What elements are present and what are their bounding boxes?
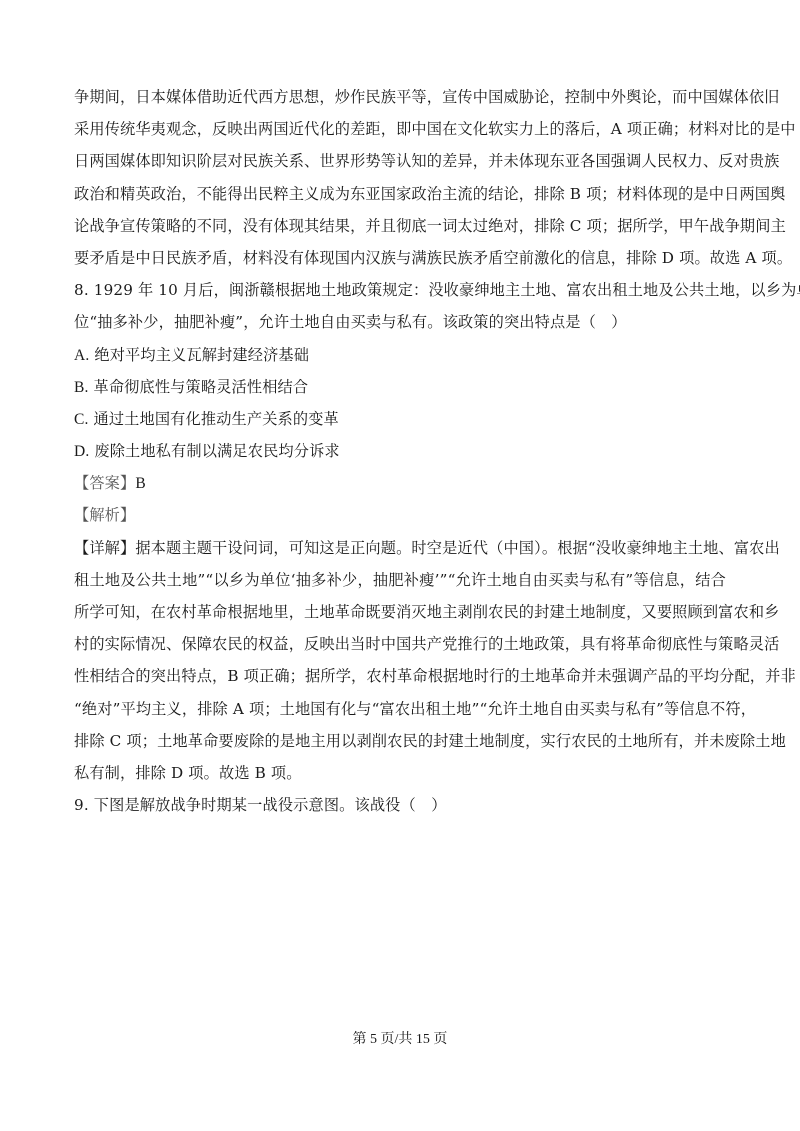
text-line: 性相结合的突出特点，B 项正确；据所学，农村革命根据地时行的土地革命并未强调产品… — [74, 664, 726, 696]
detailed-explanation: 【详解】据本题主题干设问词，可知这是正向题。时空是近代（中国）。根据“没收豪绅地… — [74, 536, 726, 794]
text-line: 所学可知，在农村革命根据地里，土地革命既要消灭地主剥削农民的封建土地制度，又要照… — [74, 600, 726, 632]
option-letter: B. — [74, 379, 89, 396]
text-line: 日两国媒体即知识阶层对民族关系、世界形势等认知的差异，并未体现东亚各国强调人民权… — [74, 149, 726, 181]
text-line: 租土地及公共土地”“以乡为单位‘抽多补少，抽肥补瘦’”“允许土地自由买卖与私有”… — [74, 568, 726, 600]
question-8: 8. 1929 年 10 月后，闽浙赣根据地土地政策规定：没收豪绅地主土地、富农… — [74, 278, 726, 793]
option-text: 废除土地私有制以满足农民均分诉求 — [94, 442, 339, 460]
option-letter: D. — [74, 443, 89, 460]
text-line: 【详解】据本题主题干设问词，可知这是正向题。时空是近代（中国）。根据“没收豪绅地… — [74, 536, 726, 568]
text-line: 村的实际情况、保障农民的权益，反映出当时中国共产党推行的土地政策，具有将革命彻底… — [74, 632, 726, 664]
option-a: A. 绝对平均主义瓦解封建经济基础 — [74, 343, 726, 375]
option-b: B. 革命彻底性与策略灵活性相结合 — [74, 375, 726, 407]
answer-label: 【答案】 — [74, 474, 135, 492]
option-text: 绝对平均主义瓦解封建经济基础 — [94, 346, 309, 364]
text-line: “绝对”平均主义，排除 A 项；土地国有化与“富农出租土地”“允许土地自由买卖与… — [74, 697, 726, 729]
document-page: 争期间，日本媒体借助近代西方思想，炒作民族平等，宣传中国威胁论，控制中外舆论，而… — [74, 85, 726, 825]
text-line: 政治和精英政治，不能得出民粹主义成为东亚国家政治主流的结论，排除 B 项；材料体… — [74, 182, 726, 214]
page-number-footer: 第 5 页/共 15 页 — [0, 1028, 800, 1048]
option-c: C. 通过土地国有化推动生产关系的变革 — [74, 407, 726, 439]
text-line: 要矛盾是中日民族矛盾，材料没有体现国内汉族与满族民族矛盾空前激化的信息，排除 D… — [74, 246, 726, 278]
option-d: D. 废除土地私有制以满足农民均分诉求 — [74, 439, 726, 471]
prev-question-explanation: 争期间，日本媒体借助近代西方思想，炒作民族平等，宣传中国威胁论，控制中外舆论，而… — [74, 85, 726, 278]
text-line: 采用传统华夷观念，反映出两国近代化的差距，即中国在文化软实力上的落后，A 项正确… — [74, 117, 726, 149]
option-text: 革命彻底性与策略灵活性相结合 — [94, 378, 309, 396]
question-9: 9. 下图是解放战争时期某一战役示意图。该战役（ ） — [74, 793, 726, 825]
analysis-line: 【解析】 — [74, 503, 726, 535]
analysis-label: 【解析】 — [74, 506, 135, 524]
answer-line: 【答案】B — [74, 471, 726, 503]
text-line: 私有制，排除 D 项。故选 B 项。 — [74, 761, 726, 793]
text-line: 争期间，日本媒体借助近代西方思想，炒作民族平等，宣传中国威胁论，控制中外舆论，而… — [74, 85, 726, 117]
question-stem-line: 9. 下图是解放战争时期某一战役示意图。该战役（ ） — [74, 793, 726, 825]
option-text: 通过土地国有化推动生产关系的变革 — [94, 410, 339, 428]
option-letter: C. — [74, 411, 89, 428]
text-line: 排除 C 项；土地革命要废除的是地主用以剥削农民的封建土地制度，实行农民的土地所… — [74, 729, 726, 761]
answer-value: B — [135, 475, 146, 492]
text-line: 论战争宣传策略的不同，没有体现其结果，并且彻底一词太过绝对，排除 C 项；据所学… — [74, 214, 726, 246]
question-stem-line: 8. 1929 年 10 月后，闽浙赣根据地土地政策规定：没收豪绅地主土地、富农… — [74, 278, 726, 310]
question-stem-line: 位“抽多补少，抽肥补瘦”，允许土地自由买卖与私有。该政策的突出特点是（ ） — [74, 310, 726, 342]
option-letter: A. — [74, 347, 89, 364]
